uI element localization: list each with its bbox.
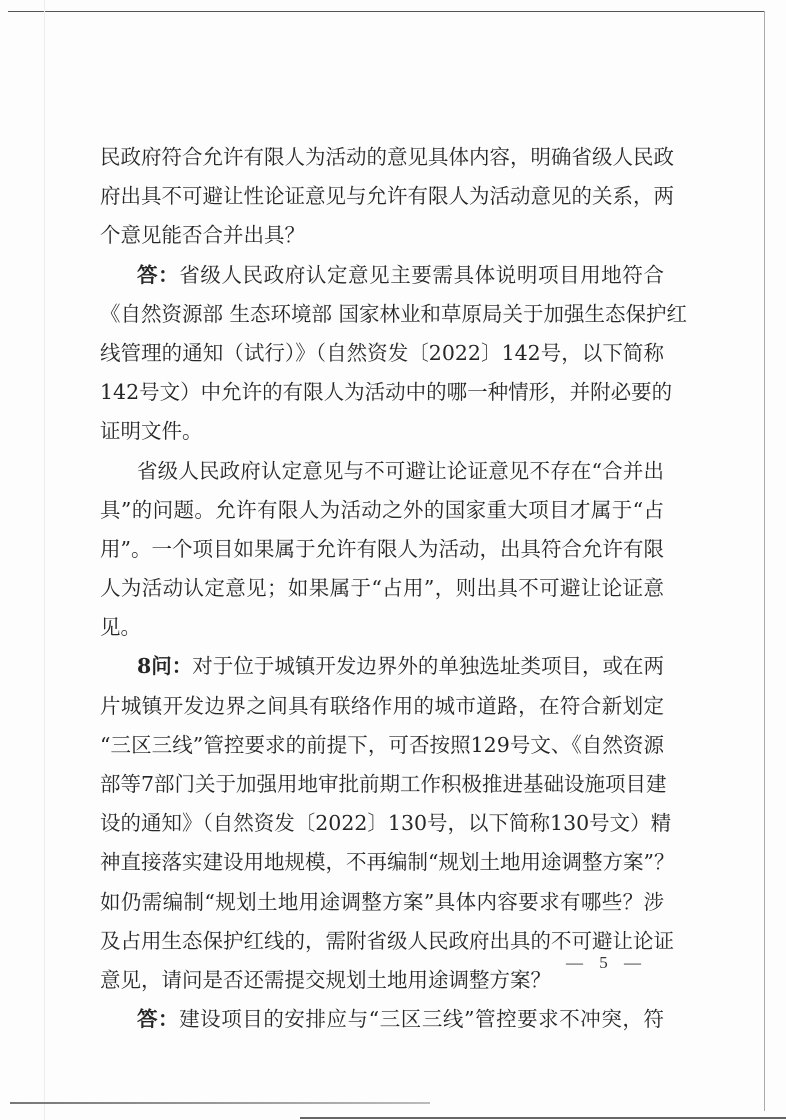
text-line: 8问：对于位于城镇开发边界外的单独选址类项目，或在两: [100, 647, 664, 686]
answer-label: 答：: [137, 263, 179, 287]
page-number: — 5 —: [566, 953, 647, 973]
text-line: 个意见能否合并出具？: [100, 216, 664, 255]
text-line: 省级人民政府认定意见与不可避让论证意见不存在“合并出: [100, 452, 664, 491]
text-line: 具”的问题。允许有限人为活动之外的国家重大项目才属于“占: [100, 491, 664, 530]
text-line-content: 建设项目的安排应与“三区三线”管控要求不冲突，符: [179, 1007, 664, 1031]
text-line: 民政府符合允许有限人为活动的意见具体内容，明确省级人民政: [100, 138, 664, 177]
text-line: 设的通知》（自然资发〔2022〕130号，以下简称130号文）精: [100, 804, 664, 843]
text-line: 府出具不可避让性论证意见与允许有限人为活动意见的关系，两: [100, 177, 664, 216]
answer-7-paragraph-2: 省级人民政府认定意见与不可避让论证意见不存在“合并出 具”的问题。允许有限人为活…: [100, 452, 664, 648]
text-line-content: 省级人民政府认定意见主要需具体说明项目用地符合: [179, 263, 664, 287]
text-line: 片城镇开发边界之间具有联络作用的城市道路，在符合新划定: [100, 687, 664, 726]
page-border-bottom-edge: [300, 1117, 786, 1119]
text-line: 部等7部门关于加强用地审批前期工作积极推进基础设施项目建: [100, 765, 664, 804]
page-border-right: [764, 11, 765, 1111]
document-body: 民政府符合允许有限人为活动的意见具体内容，明确省级人民政 府出具不可避让性论证意…: [100, 138, 664, 1039]
page-border-left: [44, 0, 45, 1120]
page-border-top: [8, 11, 765, 12]
answer-7-paragraph-1: 答：省级人民政府认定意见主要需具体说明项目用地符合 《自然资源部 生态环境部 国…: [100, 256, 664, 452]
text-line: “三区三线”管控要求的前提下，可否按照129号文、《自然资源: [100, 726, 664, 765]
question-7-continuation: 民政府符合允许有限人为活动的意见具体内容，明确省级人民政 府出具不可避让性论证意…: [100, 138, 664, 256]
answer-label: 答：: [137, 1007, 179, 1031]
answer-8: 答：建设项目的安排应与“三区三线”管控要求不冲突，符: [100, 1000, 664, 1039]
question-label: 8问：: [137, 654, 192, 678]
question-8: 8问：对于位于城镇开发边界外的单独选址类项目，或在两 片城镇开发边界之间具有联络…: [100, 647, 664, 1000]
text-line: 答：省级人民政府认定意见主要需具体说明项目用地符合: [100, 256, 664, 295]
text-line: 见。: [100, 608, 664, 647]
text-line: 证明文件。: [100, 412, 664, 451]
text-line: 《自然资源部 生态环境部 国家林业和草原局关于加强生态保护红: [100, 295, 664, 334]
text-line: 142号文）中允许的有限人为活动中的哪一种情形，并附必要的: [100, 373, 664, 412]
text-line: 用”。一个项目如果属于允许有限人为活动，出具符合允许有限: [100, 530, 664, 569]
text-line-content: 对于位于城镇开发边界外的单独选址类项目，或在两: [192, 654, 664, 678]
text-line: 神直接落实建设用地规模，不再编制“规划土地用途调整方案”？: [100, 843, 664, 882]
page-border-bottom: [10, 1102, 430, 1104]
text-line: 如仍需编制“规划土地用途调整方案”具体内容要求有哪些？涉: [100, 883, 664, 922]
text-line: 人为活动认定意见；如果属于“占用”，则出具不可避让论证意: [100, 569, 664, 608]
text-line: 线管理的通知（试行）》（自然资发〔2022〕142号，以下简称: [100, 334, 664, 373]
text-line: 答：建设项目的安排应与“三区三线”管控要求不冲突，符: [100, 1000, 664, 1039]
